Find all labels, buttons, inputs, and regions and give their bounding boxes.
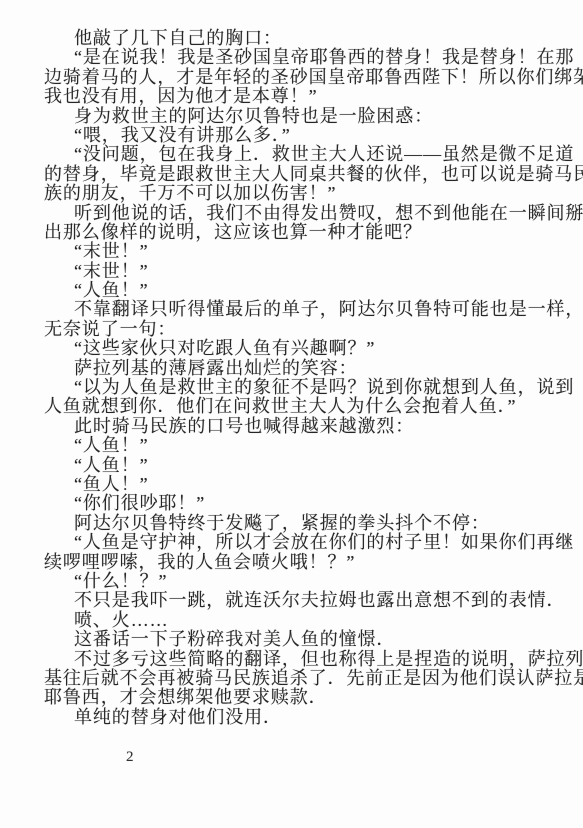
text-line: 人鱼就想到你．他们在问救世主大人为什么会抱着人鱼．” <box>44 397 549 416</box>
text-line: “是在说我！我是圣砂国皇帝耶鲁西的替身！我是替身！在那 <box>44 48 549 67</box>
text-line: 不过多亏这些简略的翻译，但也称得上是捏造的说明，萨拉列 <box>44 650 549 669</box>
text-line: 的替身，毕竟是跟救世主大人同桌共餐的伙伴，也可以说是骑马民 <box>44 165 549 184</box>
text-line: 他敲了几下自己的胸口： <box>44 29 549 48</box>
text-block: 他敲了几下自己的胸口：“是在说我！我是圣砂国皇帝耶鲁西的替身！我是替身！在那边骑… <box>44 29 549 727</box>
text-line: 族的朋友，千万不可以加以伤害！” <box>44 184 549 203</box>
text-line: 单纯的替身对他们没用． <box>44 708 549 727</box>
text-line: “末世！” <box>44 242 549 261</box>
text-line: 萨拉列基的薄唇露出灿烂的笑容： <box>44 359 549 378</box>
text-line: 出那么像样的说明，这应该也算一种才能吧？ <box>44 223 549 242</box>
text-line: 不只是我吓一跳，就连沃尔夫拉姆也露出意想不到的表情． <box>44 591 549 610</box>
scanned-page: 他敲了几下自己的胸口：“是在说我！我是圣砂国皇帝耶鲁西的替身！我是替身！在那边骑… <box>0 0 583 828</box>
text-line: 不靠翻译只听得懂最后的单子，阿达尔贝鲁特可能也是一样， <box>44 300 549 319</box>
text-line: “人鱼！” <box>44 281 549 300</box>
text-line: “末世！” <box>44 262 549 281</box>
text-line: 这番话一下子粉碎我对美人鱼的憧憬． <box>44 630 549 649</box>
text-line: “人鱼！” <box>44 456 549 475</box>
text-line: “喂，我又没有讲那么多．” <box>44 126 549 145</box>
text-line: 阿达尔贝鲁特终于发飚了，紧握的拳头抖个不停： <box>44 514 549 533</box>
text-line: “这些家伙只对吃跟人鱼有兴趣啊？” <box>44 339 549 358</box>
text-line: 耶鲁西，才会想绑架他要求赎款． <box>44 688 549 707</box>
text-line: 我也没有用，因为他才是本尊！” <box>44 87 549 106</box>
text-line: “人鱼是守护神，所以才会放在你们的村子里！如果你们再继 <box>44 533 549 552</box>
text-line: “人鱼！” <box>44 436 549 455</box>
text-line: 边骑着马的人，才是年轻的圣砂国皇帝耶鲁西陛下！所以你们绑架 <box>44 68 549 87</box>
text-line: “没问题，包在我身上．救世主大人还说——虽然是微不足道 <box>44 145 549 164</box>
text-line: 续啰哩啰嗦，我的人鱼会喷火哦！？” <box>44 553 549 572</box>
text-line: 身为救世主的阿达尔贝鲁特也是一脸困惑： <box>44 107 549 126</box>
text-line: 听到他说的话，我们不由得发出赞叹，想不到他能在一瞬间掰 <box>44 204 549 223</box>
text-line: “什么！？” <box>44 572 549 591</box>
text-line: “鱼人！” <box>44 475 549 494</box>
text-line: 基往后就不会再被骑马民族追杀了．先前正是因为他们误认萨拉是 <box>44 669 549 688</box>
page-number: 2 <box>126 749 134 766</box>
text-line: “以为人鱼是救世主的象征不是吗？说到你就想到人鱼，说到 <box>44 378 549 397</box>
text-line: 此时骑马民族的口号也喊得越来越激烈： <box>44 417 549 436</box>
text-line: 喷、火…… <box>44 611 549 630</box>
text-line: “你们很吵耶！” <box>44 494 549 513</box>
text-line: 无奈说了一句： <box>44 320 549 339</box>
